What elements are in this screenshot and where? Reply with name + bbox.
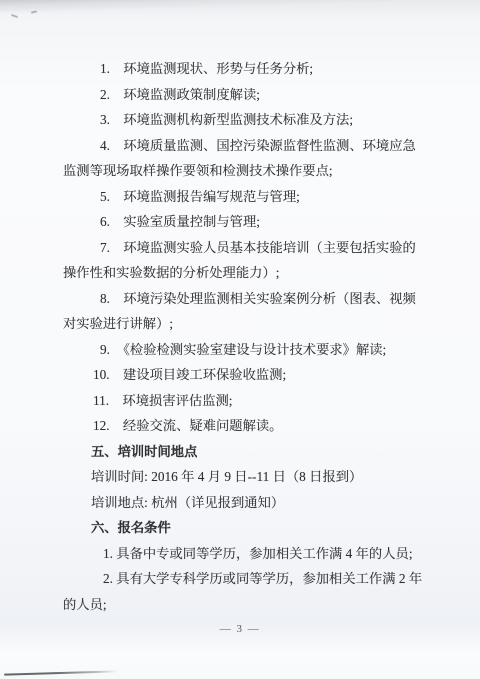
curriculum-item-3: 3. 环境监测机构新型监测技术标准及方法;: [63, 107, 453, 133]
curriculum-item-7: 7. 环境监测实验人员基本技能培训（主要包括实验的: [63, 235, 453, 261]
curriculum-item-7-cont: 操作性和实验数据的分析处理能力）;: [63, 260, 453, 286]
condition-item-1: 1. 具备中专或同等学历，参加相关工作满 4 年的人员;: [63, 541, 453, 567]
curriculum-item-4-cont: 监测等现场取样操作要领和检测技术操作要点;: [63, 158, 453, 184]
scan-bottom-edge: [4, 670, 118, 675]
curriculum-item-5: 5. 环境监测报告编写规范与管理;: [63, 184, 453, 210]
scanned-page: 1. 环境监测现状、形势与任务分析; 2. 环境监测政策制度解读; 3. 环境监…: [0, 0, 480, 679]
document-body: 1. 环境监测现状、形势与任务分析; 2. 环境监测政策制度解读; 3. 环境监…: [63, 56, 453, 617]
curriculum-item-9: 9. 《检验检测实验室建设与设计技术要求》解读;: [63, 337, 453, 363]
curriculum-item-8: 8. 环境污染处理监测相关实验案例分析（图表、视频: [63, 286, 453, 312]
curriculum-item-6: 6. 实验室质量控制与管理;: [63, 209, 453, 235]
training-time-line: 培训时间: 2016 年 4 月 9 日--11 日（8 日报到）: [63, 464, 453, 490]
section-heading-registration-conditions: 六、报名条件: [63, 515, 453, 541]
curriculum-item-1: 1. 环境监测现状、形势与任务分析;: [63, 56, 453, 82]
condition-item-2: 2. 具有大学专科学历或同等学历，参加相关工作满 2 年: [63, 566, 453, 592]
curriculum-item-11: 11. 环境损害评估监测;: [63, 388, 453, 414]
curriculum-item-10: 10. 建设项目竣工环保验收监测;: [63, 362, 453, 388]
condition-item-2-cont: 的人员;: [63, 592, 453, 618]
curriculum-item-4: 4. 环境质量监测、国控污染源监督性监测、环境应急: [63, 133, 453, 159]
curriculum-item-12: 12. 经验交流、疑难问题解读。: [63, 413, 453, 439]
page-number: — 3 —: [0, 623, 480, 635]
pencil-mark: [11, 14, 18, 18]
pencil-mark: [31, 10, 37, 13]
scan-top-edge: [0, 0, 480, 14]
training-location-line: 培训地点: 杭州（详见报到通知）: [63, 490, 453, 516]
curriculum-item-2: 2. 环境监测政策制度解读;: [63, 82, 453, 108]
section-heading-training-time-place: 五、培训时间地点: [63, 439, 453, 465]
curriculum-item-8-cont: 对实验进行讲解）;: [63, 311, 453, 337]
